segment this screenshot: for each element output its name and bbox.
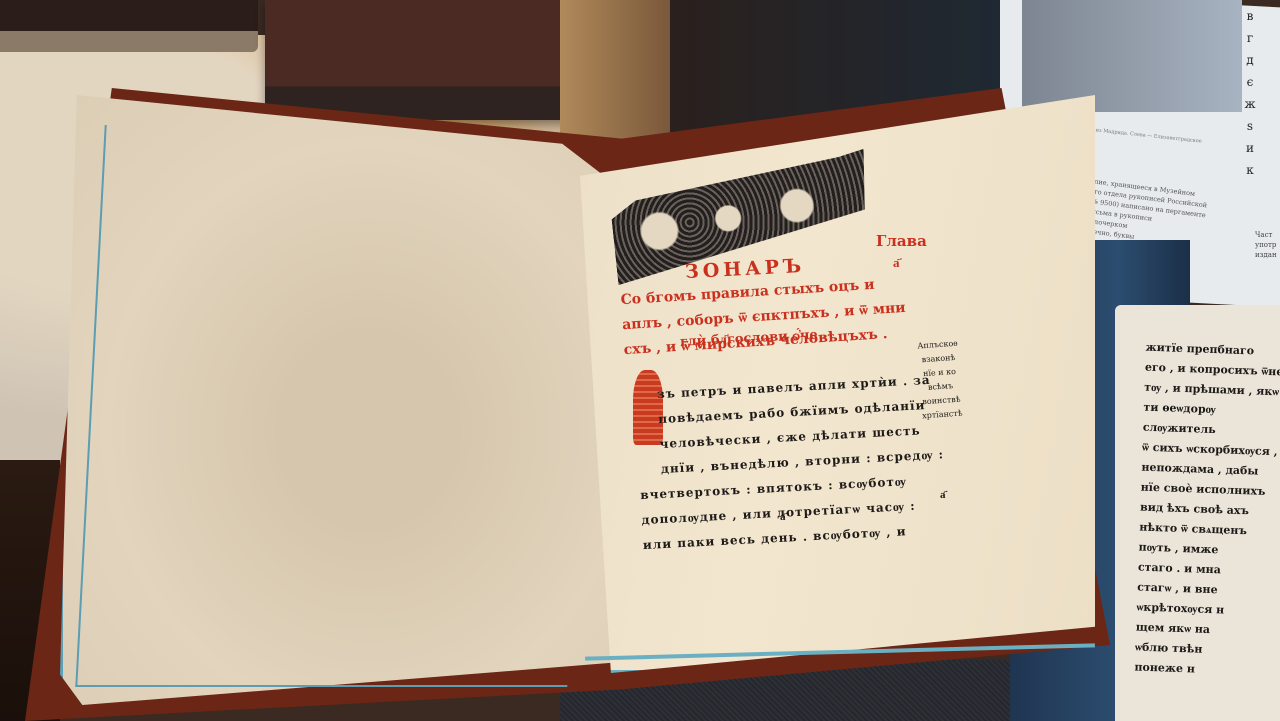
old-book-top-left	[0, 0, 258, 52]
margin-note: Аплъскоѳ взаконѣ нїе и ко всѣмъ воинствѣ…	[897, 335, 983, 424]
catalogue-letter-column: в г д є ж ѕ и к	[1240, 5, 1260, 181]
chapter-number: а҃	[893, 255, 900, 271]
signature-mark: а҃	[940, 488, 946, 501]
facsimile-text: житїе препбнаго его , и копросихъ ѿне тѹ…	[1134, 338, 1280, 683]
catalogue-illustration	[1022, 0, 1242, 112]
left-page-blue-border	[75, 125, 596, 687]
catalogue-edge-text: Част употр издан	[1255, 230, 1277, 260]
signature-mark: а҃	[780, 510, 786, 523]
body-text: зъ петръ и павелъ апли хртѝи . за повѣда…	[655, 338, 935, 557]
chapter-label: Глава	[876, 232, 927, 250]
